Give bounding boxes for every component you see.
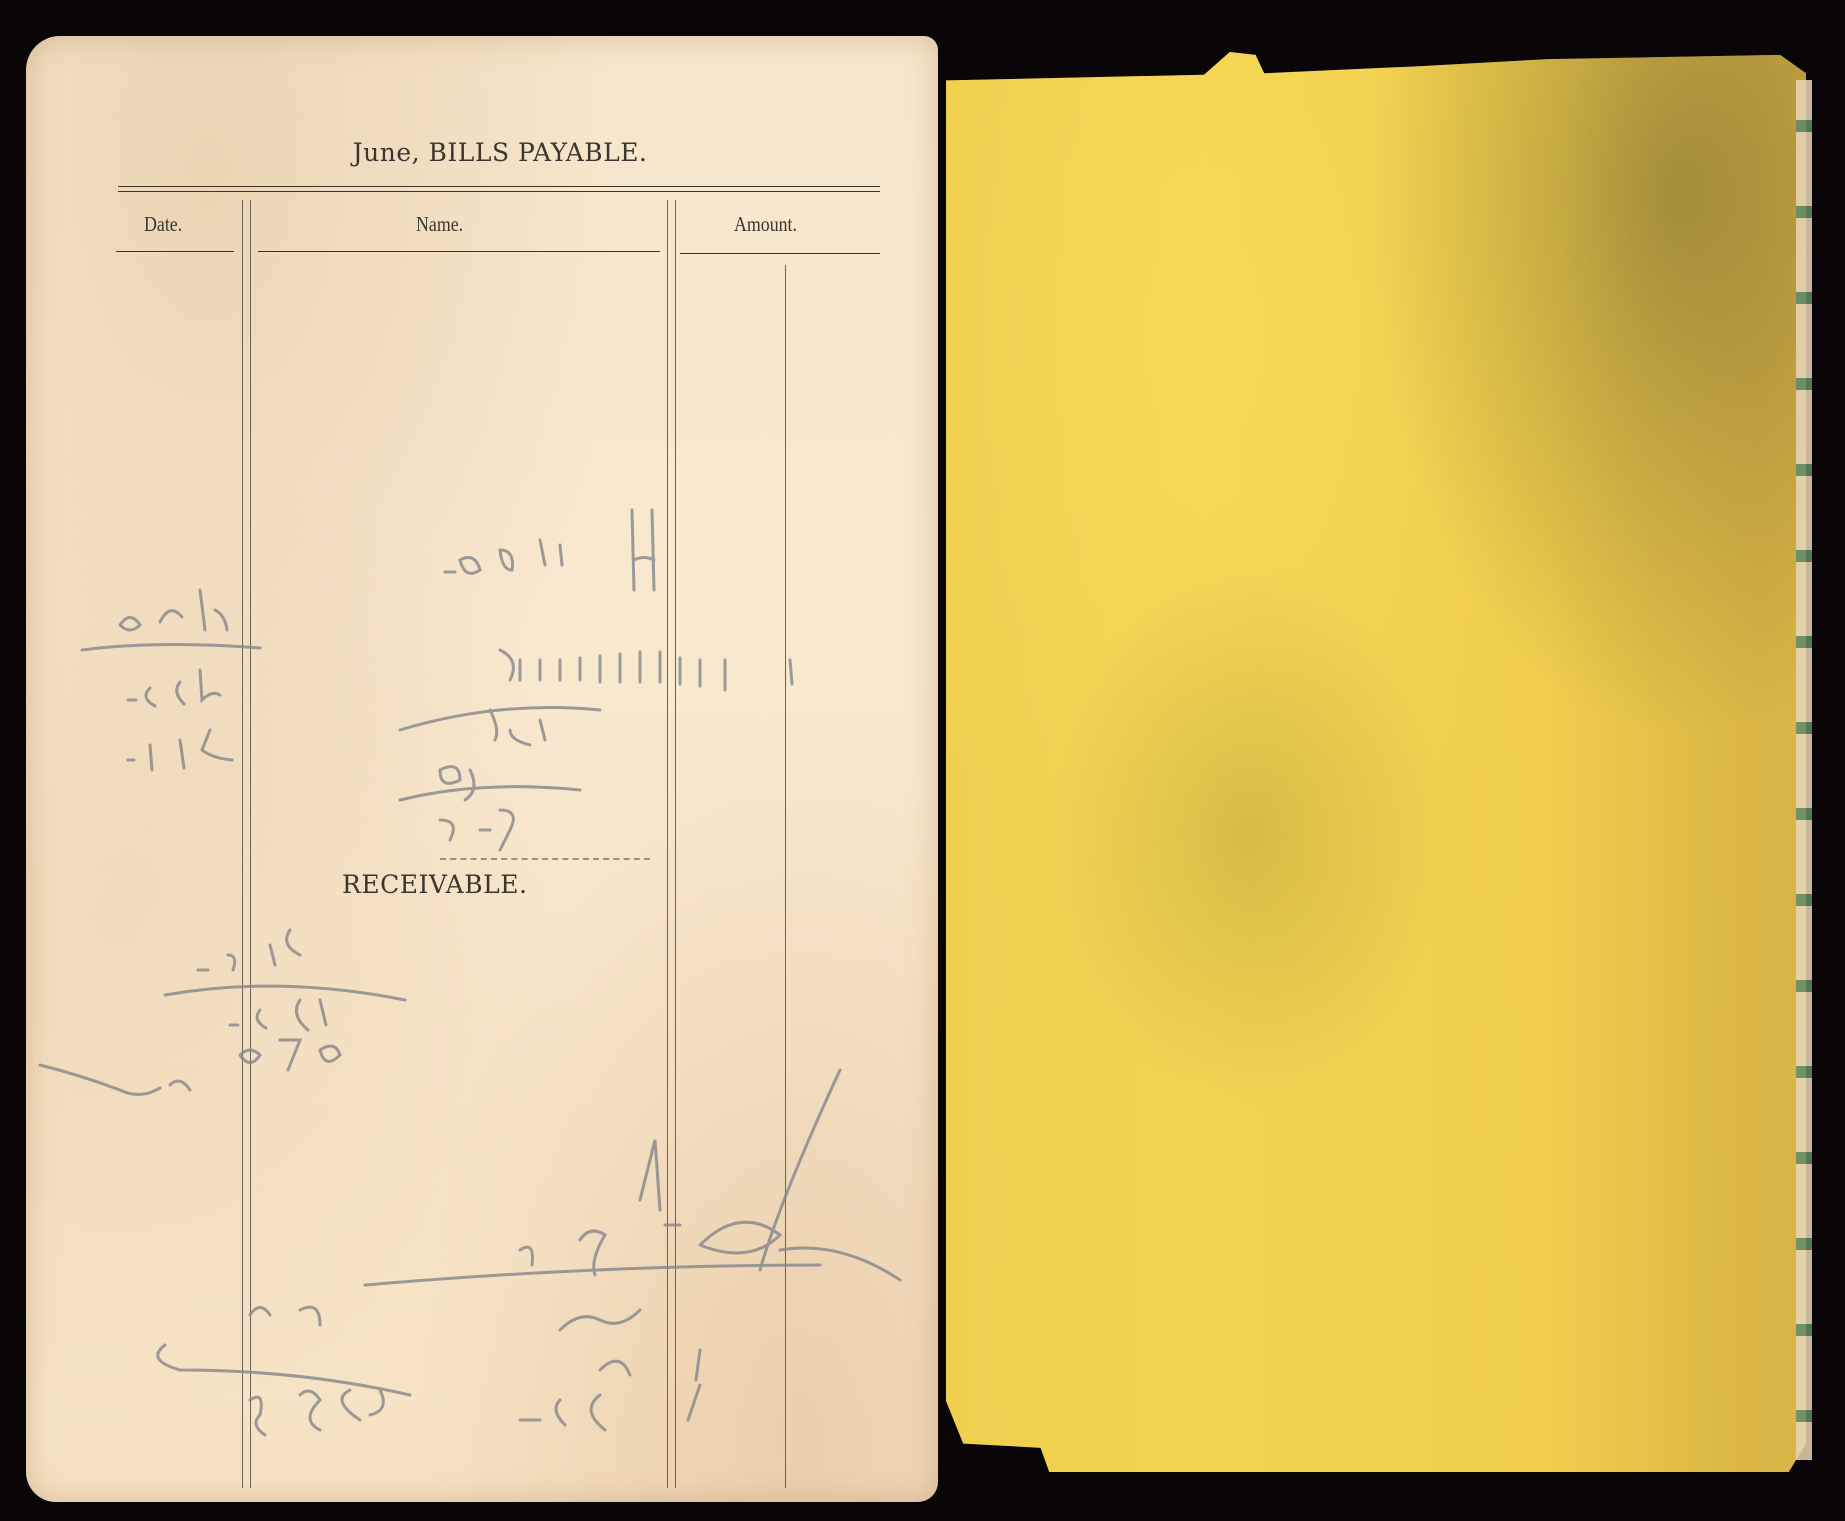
yellow-cover-board — [946, 52, 1806, 1472]
column-divider — [667, 200, 668, 1488]
column-header-name: Name. — [416, 212, 463, 237]
ledger-page — [26, 36, 938, 1502]
section-divider — [440, 858, 650, 860]
column-divider — [675, 200, 676, 1488]
column-divider — [242, 200, 243, 1488]
header-rule — [118, 191, 880, 192]
header-rule — [118, 186, 880, 187]
section-heading-receivable: RECEIVABLE. — [342, 870, 527, 899]
column-underline — [258, 251, 660, 252]
column-header-date: Date. — [144, 212, 182, 237]
page-title: June, BILLS PAYABLE. — [0, 138, 1000, 167]
column-divider — [250, 200, 251, 1488]
column-header-amount: Amount. — [734, 212, 797, 237]
column-divider — [785, 265, 786, 1488]
column-underline — [116, 251, 234, 252]
column-underline — [680, 253, 880, 254]
floral-edge-pattern — [1796, 80, 1812, 1460]
